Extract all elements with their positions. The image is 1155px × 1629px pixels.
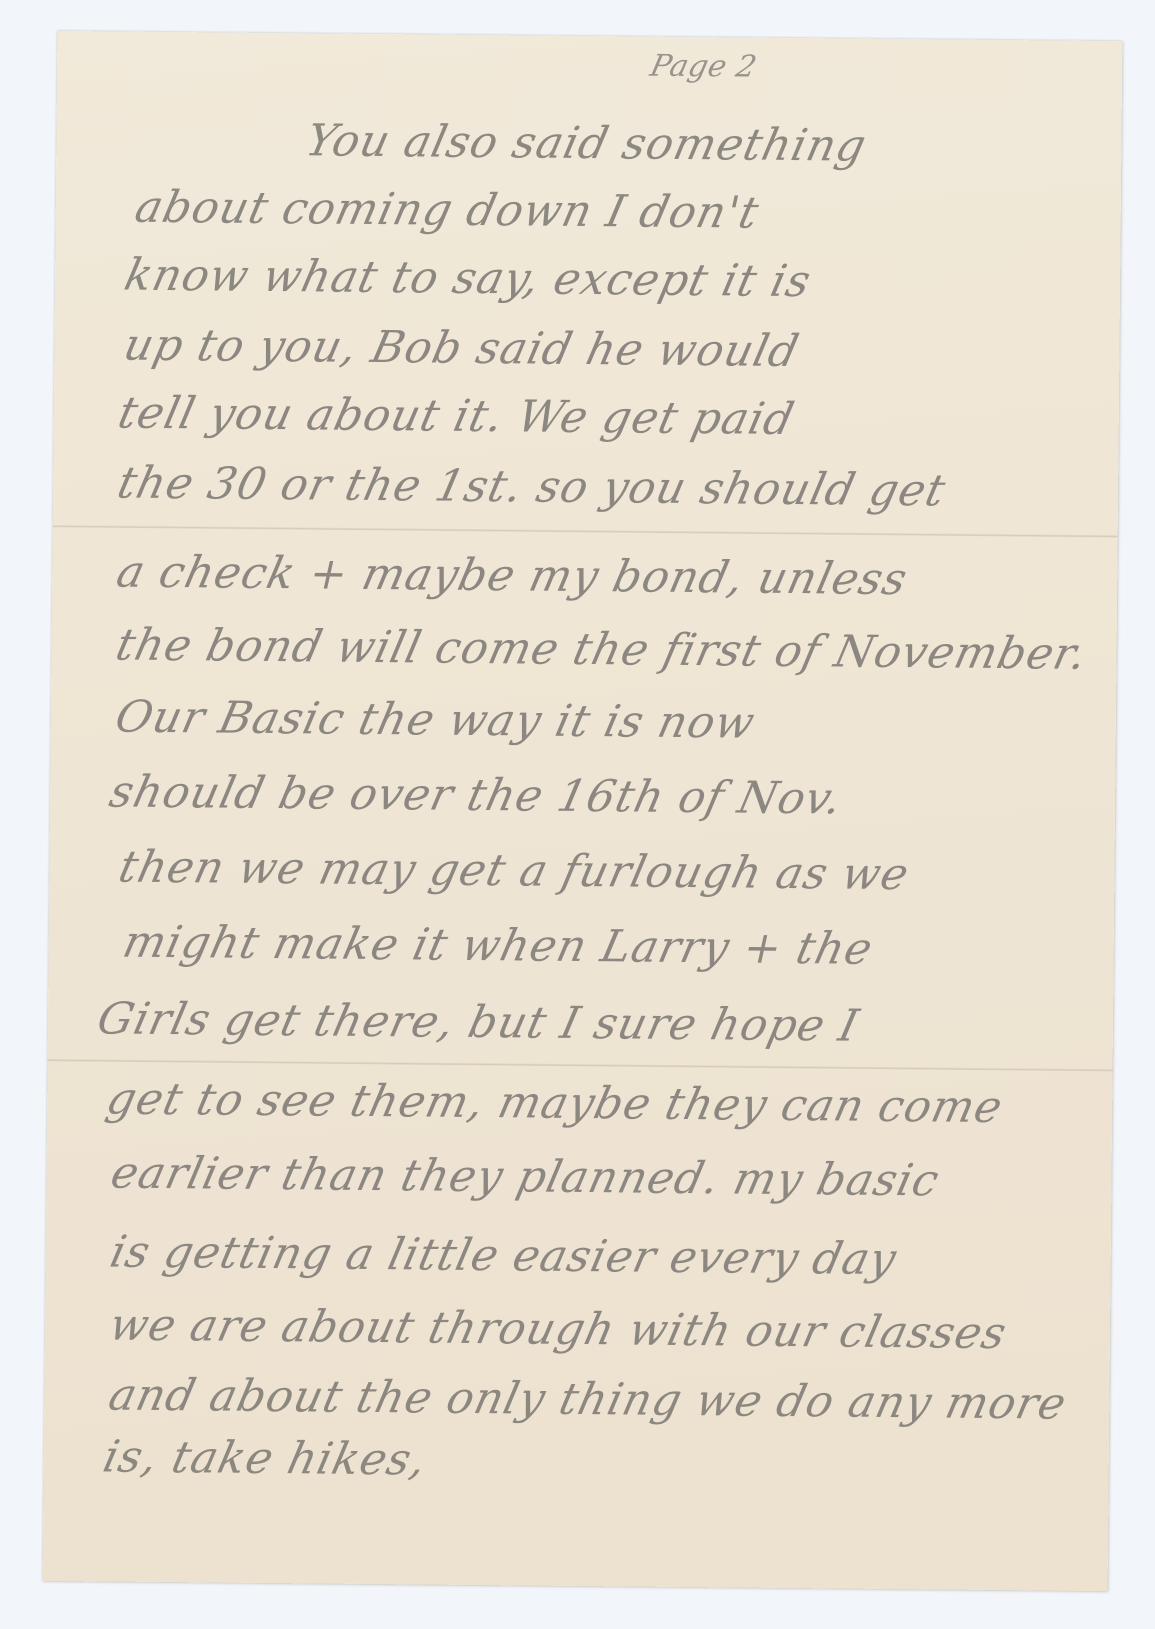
letter-line: earlier than they planned. my basic <box>106 1148 944 1207</box>
letter-line: should be over the 16th of Nov. <box>105 767 847 825</box>
letter-line: get to see them, maybe they can come <box>102 1074 1008 1133</box>
letter-line: is getting a little easier every day <box>106 1227 902 1285</box>
letter-line: You also said something <box>301 115 871 171</box>
letter-line: Girls get there, but I sure hope I <box>93 993 864 1051</box>
letter-body: Page 2 You also said something about com… <box>43 31 1123 1591</box>
letter-line: the 30 or the 1st. so you should get <box>113 458 951 517</box>
letter-line: is, take hikes, <box>99 1431 432 1485</box>
letter-line: about coming down I don't <box>131 182 764 239</box>
letter-page: Page 2 You also said something about com… <box>43 31 1123 1591</box>
letter-line: might make it when Larry + the <box>118 917 877 975</box>
letter-line: then we may get a furlough as we <box>114 842 914 900</box>
letter-line: we are about through with our classes <box>105 1300 1012 1359</box>
letter-line: Our Basic the way it is now <box>111 692 760 749</box>
letter-line: tell you about it. We get paid <box>114 388 800 445</box>
letter-line: a check + maybe my bond, unless <box>112 547 912 605</box>
letter-line: and about the only thing we do any more <box>104 1370 1071 1430</box>
page-number-label: Page 2 <box>647 49 760 85</box>
letter-line: the bond will come the first of November… <box>111 620 1092 680</box>
letter-line: up to you, Bob said he would <box>119 320 804 377</box>
letter-line: know what to say, except it is <box>120 250 816 307</box>
